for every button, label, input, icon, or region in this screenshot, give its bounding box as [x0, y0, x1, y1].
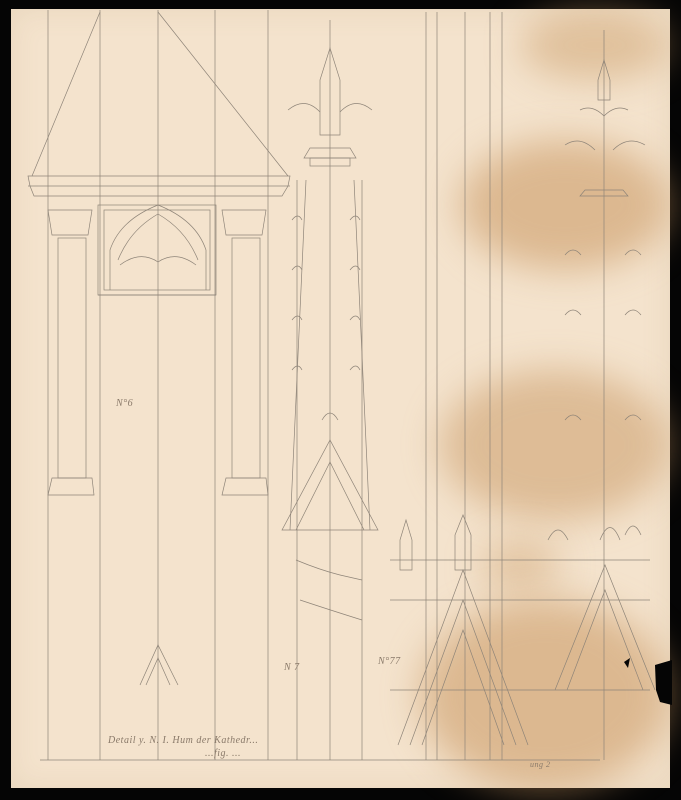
pencil-drawing [0, 0, 681, 800]
mark-left: N°6 [116, 398, 133, 409]
mark-center: N 7 [284, 662, 300, 673]
signature-line-2: ...fig. ... [205, 748, 241, 759]
mark-right: N°77 [378, 656, 401, 667]
mark-bottom: ung 2 [530, 760, 551, 769]
signature-line-1: Detail y. N. I. Hum der Kathedr... [108, 735, 258, 746]
